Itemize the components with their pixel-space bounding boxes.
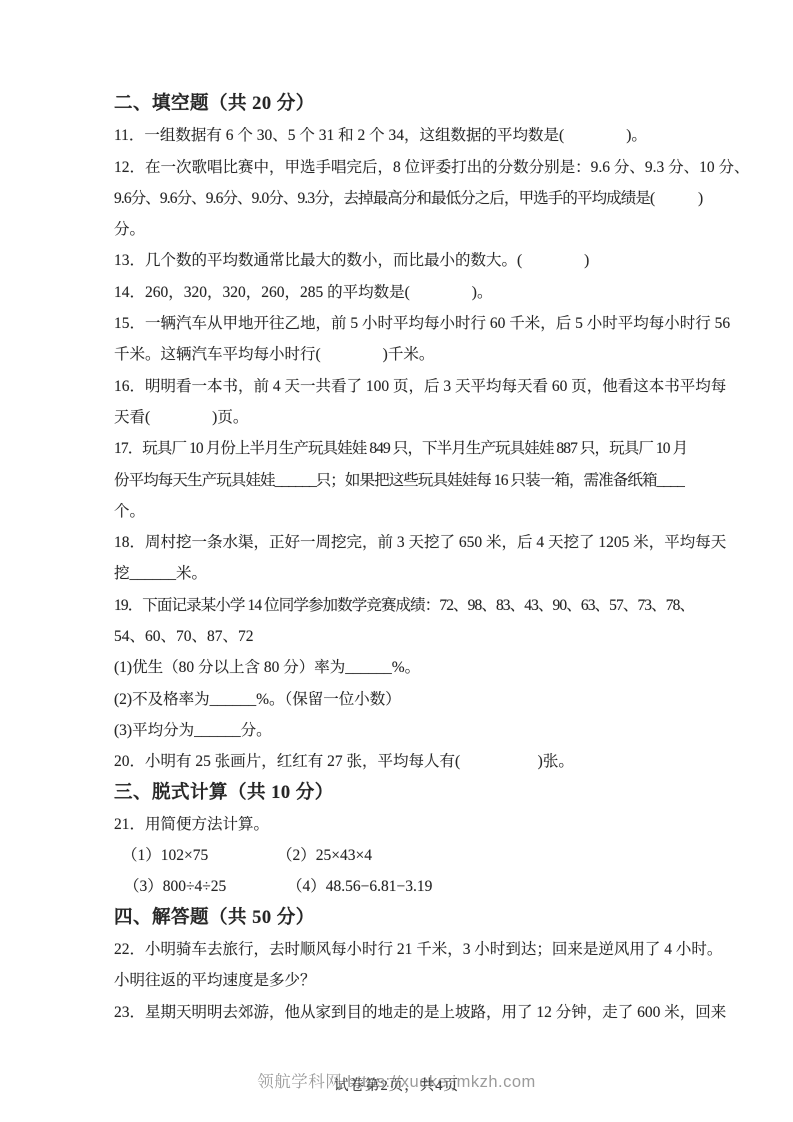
calc-row: （1）102×75（2）25×43×4 xyxy=(114,840,678,871)
text-line: 22．小明骑车去旅行，去时顺风每小时行 21 千米，3 小时到达；回来是逆风用了… xyxy=(114,934,678,965)
section-heading: 四、解答题（共 50 分） xyxy=(114,903,678,934)
section-heading: 三、脱式计算（共 10 分） xyxy=(114,778,678,809)
text-line: 17．玩具厂 10 月份上半月生产玩具娃娃 849 只，下半月生产玩具娃娃 88… xyxy=(114,433,678,464)
text-line: (1)优生（80 分以上含 80 分）率为______%。 xyxy=(114,652,678,683)
text-line: 个。 xyxy=(114,496,678,527)
calc-item-right: （4）48.56−6.81−3.19 xyxy=(287,871,432,902)
calc-item-left: （1）102×75 xyxy=(122,847,208,864)
calc-item-left: （3）800÷4÷25 xyxy=(124,878,226,895)
text-line: 21．用简便方法计算。 xyxy=(114,809,678,840)
calc-item-right: （2）25×43×4 xyxy=(277,840,372,871)
exam-page: 二、填空题（共 20 分）11．一组数据有 6 个 30、5 个 31 和 2 … xyxy=(0,0,793,1122)
text-line: 份平均每天生产玩具娃娃______只；如果把这些玩具娃娃每 16 只装一箱，需准… xyxy=(114,465,678,496)
text-line: (3)平均分为______分。 xyxy=(114,715,678,746)
text-line: 11．一组数据有 6 个 30、5 个 31 和 2 个 34，这组数据的平均数… xyxy=(114,120,678,151)
text-line: 54、60、70、87、72 xyxy=(114,621,678,652)
text-line: 挖______米。 xyxy=(114,558,678,589)
text-line: 9.6分、9.6分、9.6分、9.0分、9.3分，去掉最高分和最低分之后，甲选手… xyxy=(114,183,678,214)
section-heading: 二、填空题（共 20 分） xyxy=(114,89,678,120)
text-line: 千米。这辆汽车平均每小时行( )千米。 xyxy=(114,339,678,370)
exam-body: 二、填空题（共 20 分）11．一组数据有 6 个 30、5 个 31 和 2 … xyxy=(114,89,678,1028)
text-line: (2)不及格率为______%。（保留一位小数） xyxy=(114,684,678,715)
text-line: 16．明明看一本书，前 4 天一共看了 100 页，后 3 天平均每天看 60 … xyxy=(114,371,678,402)
text-line: 小明往返的平均速度是多少？ xyxy=(114,965,678,996)
calc-row: （3）800÷4÷25（4）48.56−6.81−3.19 xyxy=(114,871,678,902)
text-line: 20．小明有 25 张画片，红红有 27 张，平均每人有( )张。 xyxy=(114,746,678,777)
text-line: 13．几个数的平均数通常比最大的数小，而比最小的数大。( ) xyxy=(114,245,678,276)
page-number-label: 试卷第2页，共4页 xyxy=(0,1074,793,1095)
text-line: 天看( )页。 xyxy=(114,402,678,433)
text-line: 18．周村挖一条水渠，正好一周挖完，前 3 天挖了 650 米，后 4 天挖了 … xyxy=(114,527,678,558)
text-line: 15．一辆汽车从甲地开往乙地，前 5 小时平均每小时行 60 千米，后 5 小时… xyxy=(114,308,678,339)
text-line: 12．在一次歌唱比赛中，甲选手唱完后，8 位评委打出的分数分别是：9.6 分、9… xyxy=(114,152,678,183)
text-line: 分。 xyxy=(114,214,678,245)
text-line: 23．星期天明明去郊游，他从家到目的地走的是上坡路，用了 12 分钟，走了 60… xyxy=(114,997,678,1028)
text-line: 19．下面记录某小学 14 位同学参加数学竞赛成绩：72、98、83、43、90… xyxy=(114,590,678,621)
text-line: 14．260，320，320，260，285 的平均数是( )。 xyxy=(114,277,678,308)
